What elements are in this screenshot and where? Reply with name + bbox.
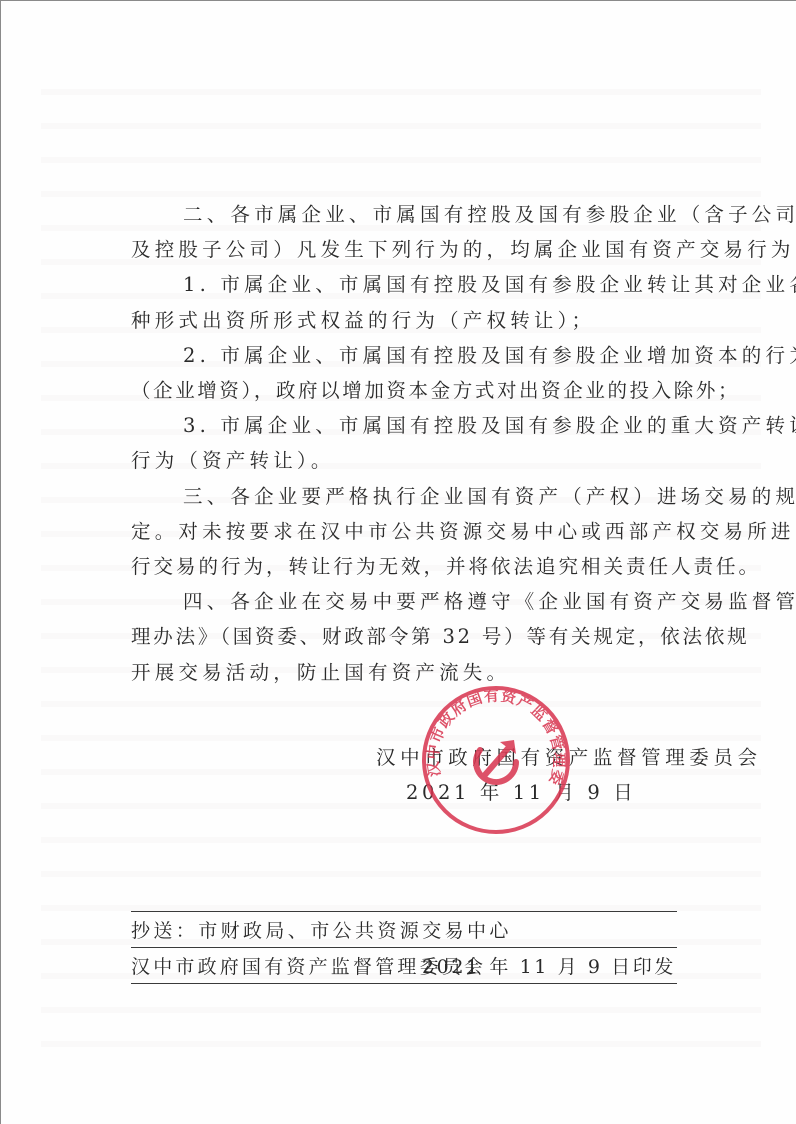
- footer-rule-middle: [131, 947, 677, 948]
- footer-rule-top: [131, 911, 677, 912]
- text-line: （企业增资），政府以增加资本金方式对出资企业的投入除外；: [131, 373, 677, 408]
- text-line: 及控股子公司）凡发生下列行为的，均属企业国有资产交易行为：: [131, 232, 677, 267]
- text-line: 3. 市属企业、市属国有控股及国有参股企业的重大资产转让: [131, 408, 677, 443]
- paragraph-section-2: 二、各市属企业、市属国有控股及国有参股企业（含子公司 及控股子公司）凡发生下列行…: [131, 197, 677, 267]
- signature-date: 2021 年 11 月 9 日: [406, 777, 636, 805]
- paragraph-item-3: 3. 市属企业、市属国有控股及国有参股企业的重大资产转让 行为（资产转让）。: [131, 408, 677, 478]
- footer-rule-bottom: [131, 983, 677, 984]
- text-line: 理办法》（国资委、财政部令第 32 号）等有关规定，依法依规: [131, 619, 677, 654]
- cc-recipients: 抄送：市财政局、市公共资源交易中心: [131, 916, 512, 943]
- paragraph-section-4: 四、各企业在交易中要严格遵守《企业国有资产交易监督管 理办法》（国资委、财政部令…: [131, 584, 677, 690]
- text-line: 行为（资产转让）。: [131, 443, 677, 478]
- paragraph-item-1: 1. 市属企业、市属国有控股及国有参股企业转让其对企业各 种形式出资所形式权益的…: [131, 267, 677, 337]
- document-page: 二、各市属企业、市属国有控股及国有参股企业（含子公司 及控股子公司）凡发生下列行…: [0, 0, 796, 1124]
- text-line: 四、各企业在交易中要严格遵守《企业国有资产交易监督管: [131, 584, 677, 619]
- text-line: 2. 市属企业、市属国有控股及国有参股企业增加资本的行为: [131, 338, 677, 373]
- document-body: 二、各市属企业、市属国有控股及国有参股企业（含子公司 及控股子公司）凡发生下列行…: [131, 197, 677, 690]
- footer-issue-date: 2021 年 11 月 9 日印发: [422, 952, 676, 979]
- text-line: 定。对未按要求在汉中市公共资源交易中心或西部产权交易所进: [131, 514, 677, 549]
- text-line: 行交易的行为，转让行为无效，并将依法追究相关责任人责任。: [131, 549, 677, 584]
- paragraph-item-2: 2. 市属企业、市属国有控股及国有参股企业增加资本的行为 （企业增资），政府以增…: [131, 338, 677, 408]
- signature-organization: 汉中市政府国有资产监督管理委员会: [376, 742, 762, 770]
- paragraph-section-3: 三、各企业要严格执行企业国有资产（产权）进场交易的规 定。对未按要求在汉中市公共…: [131, 479, 677, 585]
- text-line: 开展交易活动，防止国有资产流失。: [131, 655, 677, 690]
- text-line: 1. 市属企业、市属国有控股及国有参股企业转让其对企业各: [131, 267, 677, 302]
- text-line: 三、各企业要严格执行企业国有资产（产权）进场交易的规: [131, 479, 677, 514]
- text-line: 二、各市属企业、市属国有控股及国有参股企业（含子公司: [131, 197, 677, 232]
- text-line: 种形式出资所形式权益的行为（产权转让）；: [131, 303, 677, 338]
